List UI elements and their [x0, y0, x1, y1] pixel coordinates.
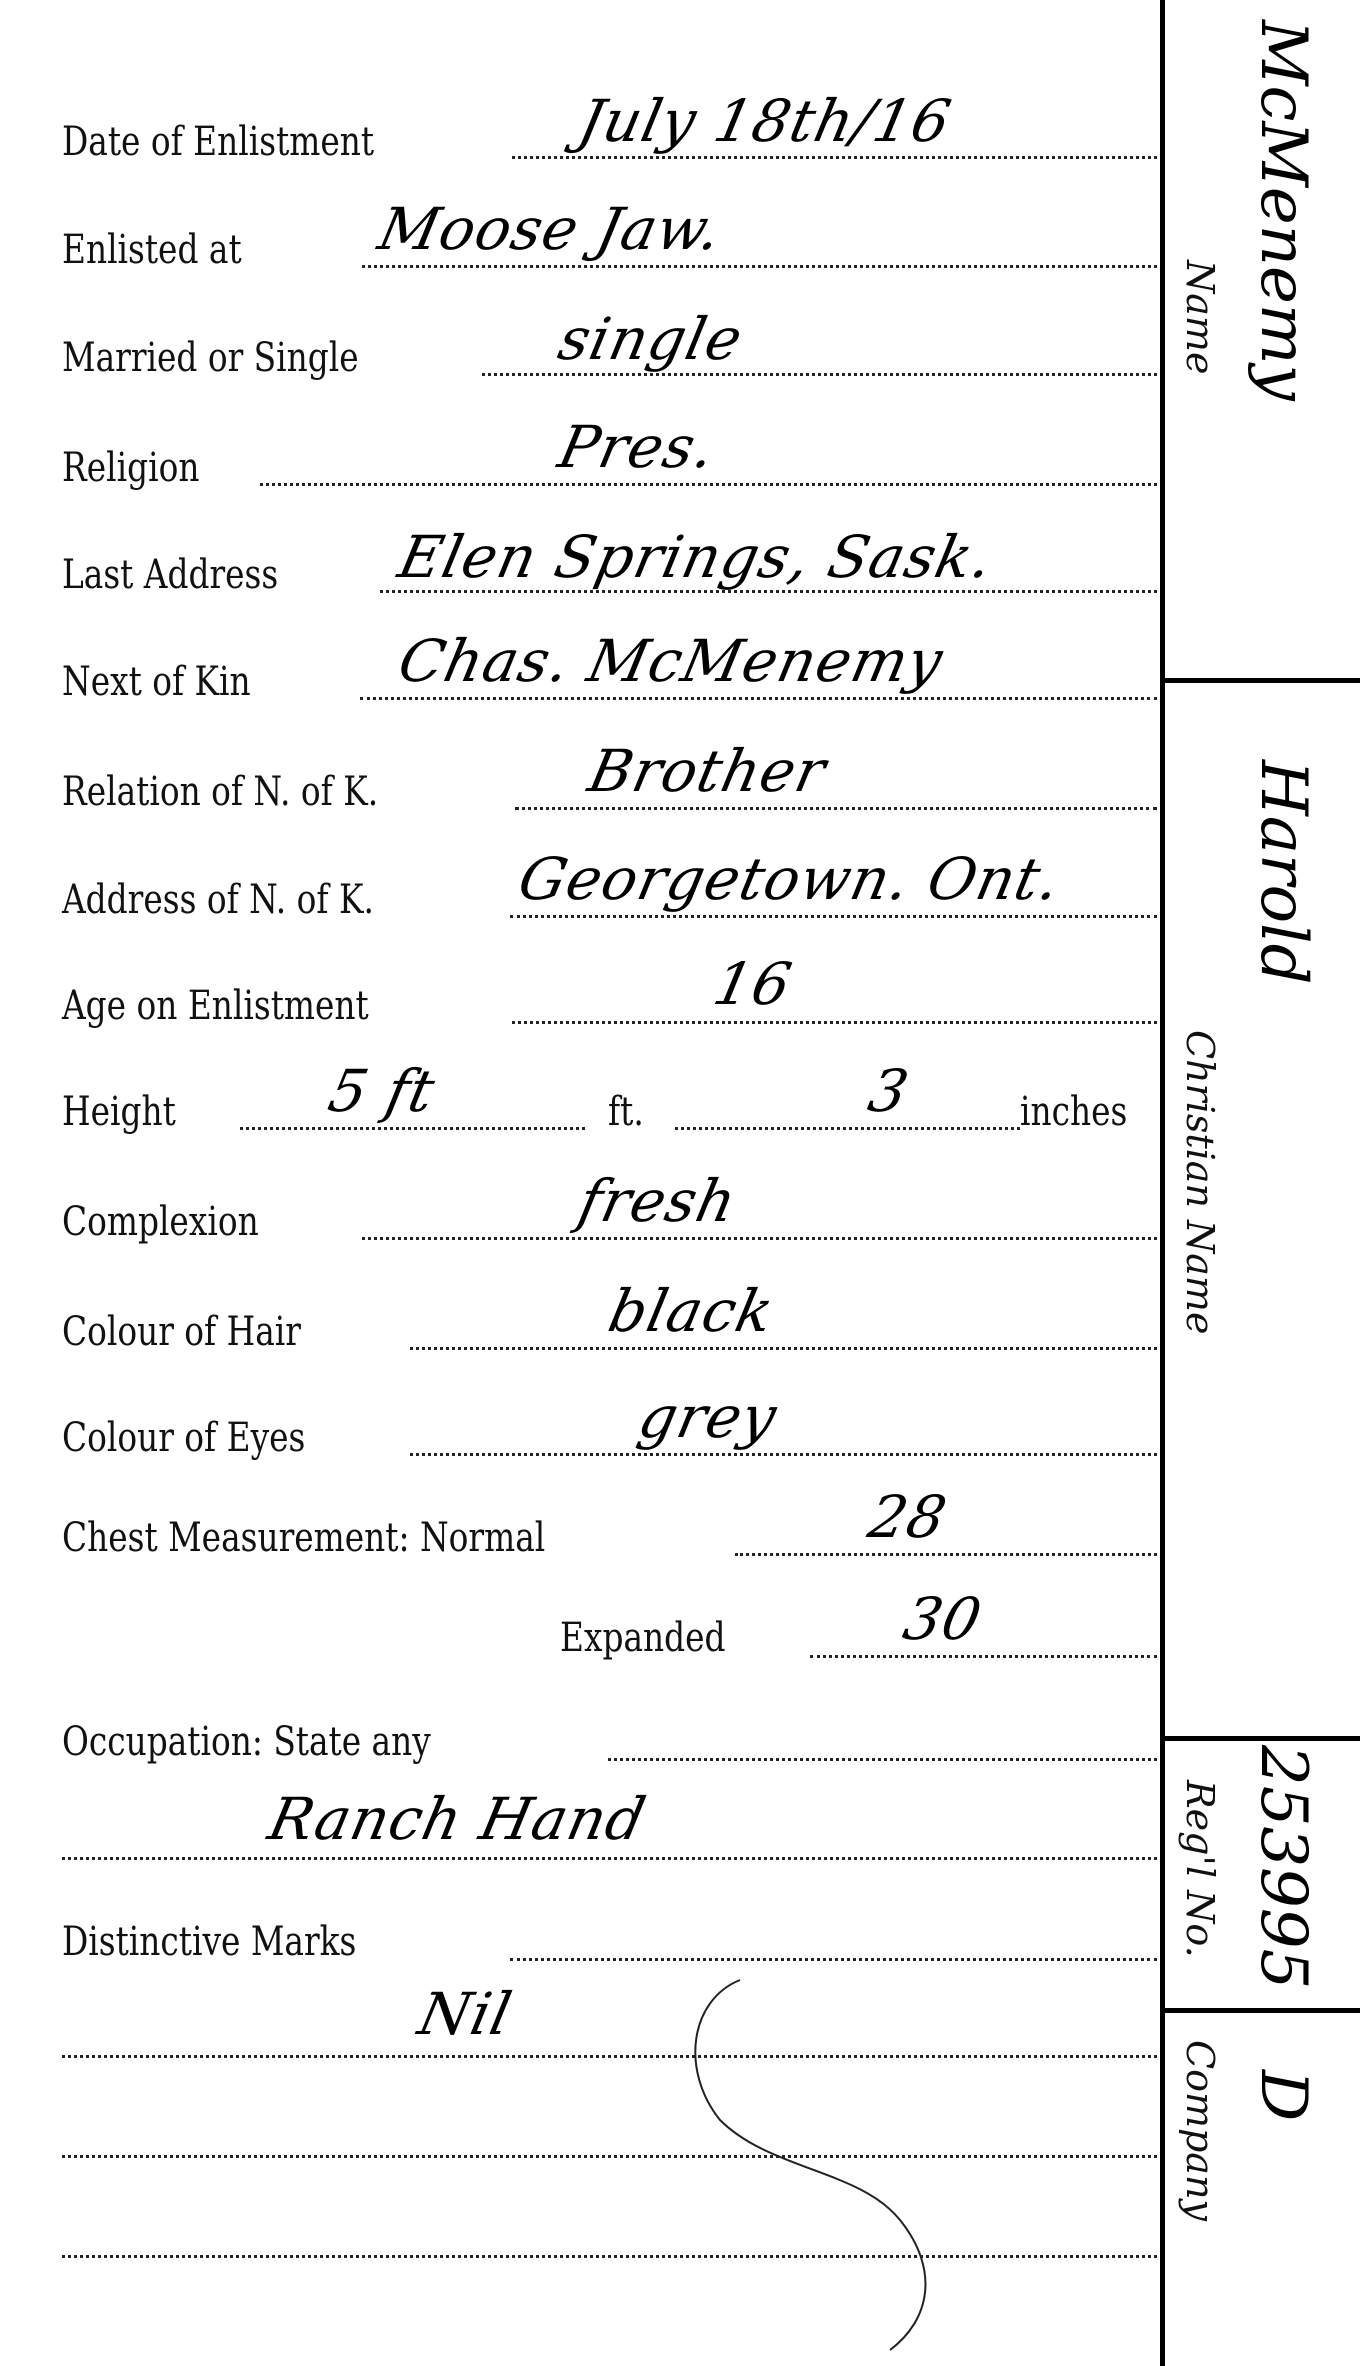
complexion-label: Complexion [62, 1202, 259, 1242]
regl-no-section-divider [1165, 2008, 1360, 2013]
complexion-value: fresh [574, 1172, 742, 1230]
next-of-kin-label: Next of Kin [62, 662, 251, 702]
colour-of-hair-value: black [604, 1282, 779, 1340]
occupation-label: Occupation: State any [62, 1722, 431, 1762]
next-of-kin-line [360, 697, 1157, 700]
occupation-value: Ranch Hand [264, 1790, 651, 1848]
nil-flourish-stroke [660, 1960, 1020, 2360]
name-label: Name [1178, 260, 1222, 374]
height-feet-value: 5 ft [324, 1062, 440, 1120]
colour-of-hair-line [410, 1347, 1157, 1350]
height-inches-value: 3 [864, 1062, 914, 1120]
colour-of-hair-label: Colour of Hair [62, 1312, 301, 1352]
address-of-nok-line [510, 915, 1157, 918]
attestation-card: Date of Enlistment July 18th/16 Enlisted… [0, 0, 1370, 2366]
chest-expanded-value: 30 [899, 1590, 987, 1648]
enlisted-at-line [362, 265, 1157, 268]
christian-name-label: Christian Name [1178, 1030, 1222, 1334]
surname-value: McMenemy [1246, 20, 1320, 401]
distinctive-marks-value: Nil [414, 1985, 517, 2043]
last-address-value: Elen Springs, Sask. [394, 528, 998, 586]
married-or-single-value: single [554, 310, 748, 368]
age-on-enlistment-value: 16 [709, 955, 797, 1013]
religion-value: Pres. [554, 418, 721, 476]
company-value: D [1246, 2070, 1320, 2121]
height-inches-unit: inches [1020, 1092, 1127, 1132]
age-on-enlistment-line [512, 1021, 1157, 1024]
chest-normal-line [735, 1553, 1157, 1556]
height-feet-unit: ft. [608, 1092, 644, 1132]
married-or-single-label: Married or Single [62, 338, 359, 378]
enlisted-at-value: Moose Jaw. [374, 200, 727, 258]
chest-normal-value: 28 [864, 1488, 952, 1546]
religion-line [260, 483, 1157, 486]
relation-of-nok-label: Relation of N. of K. [62, 772, 378, 812]
relation-of-nok-line [515, 807, 1157, 810]
colour-of-eyes-line [410, 1453, 1157, 1456]
christian-name-section-divider [1165, 1736, 1360, 1741]
height-label: Height [62, 1092, 176, 1132]
name-section-divider [1165, 678, 1360, 683]
regl-no-value: 253995 [1246, 1745, 1320, 1989]
relation-of-nok-value: Brother [584, 742, 831, 800]
regl-no-label: Reg'l No. [1178, 1780, 1222, 1958]
complexion-line [362, 1237, 1157, 1240]
occupation-line-1 [608, 1758, 1157, 1761]
next-of-kin-value: Chas. McMenemy [394, 632, 948, 690]
distinctive-marks-label: Distinctive Marks [62, 1922, 356, 1962]
last-address-label: Last Address [62, 555, 278, 595]
height-feet-line [240, 1127, 585, 1130]
address-of-nok-value: Georgetown. Ont. [514, 850, 1066, 908]
enlisted-at-label: Enlisted at [62, 230, 242, 270]
occupation-line-2 [62, 1857, 1157, 1860]
chest-expanded-label: Expanded [560, 1618, 726, 1658]
company-label: Company [1178, 2040, 1222, 2221]
date-of-enlistment-value: July 18th/16 [574, 92, 957, 150]
religion-label: Religion [62, 448, 199, 488]
chest-expanded-line [810, 1655, 1157, 1658]
christian-name-value: Harold [1246, 760, 1320, 985]
married-or-single-line [482, 373, 1157, 376]
date-of-enlistment-label: Date of Enlistment [62, 122, 374, 162]
height-inches-line [675, 1127, 1020, 1130]
colour-of-eyes-value: grey [634, 1388, 782, 1446]
age-on-enlistment-label: Age on Enlistment [62, 986, 369, 1026]
chest-normal-label: Chest Measurement: Normal [62, 1518, 545, 1558]
address-of-nok-label: Address of N. of K. [62, 880, 374, 920]
date-of-enlistment-line [512, 156, 1157, 159]
colour-of-eyes-label: Colour of Eyes [62, 1418, 305, 1458]
